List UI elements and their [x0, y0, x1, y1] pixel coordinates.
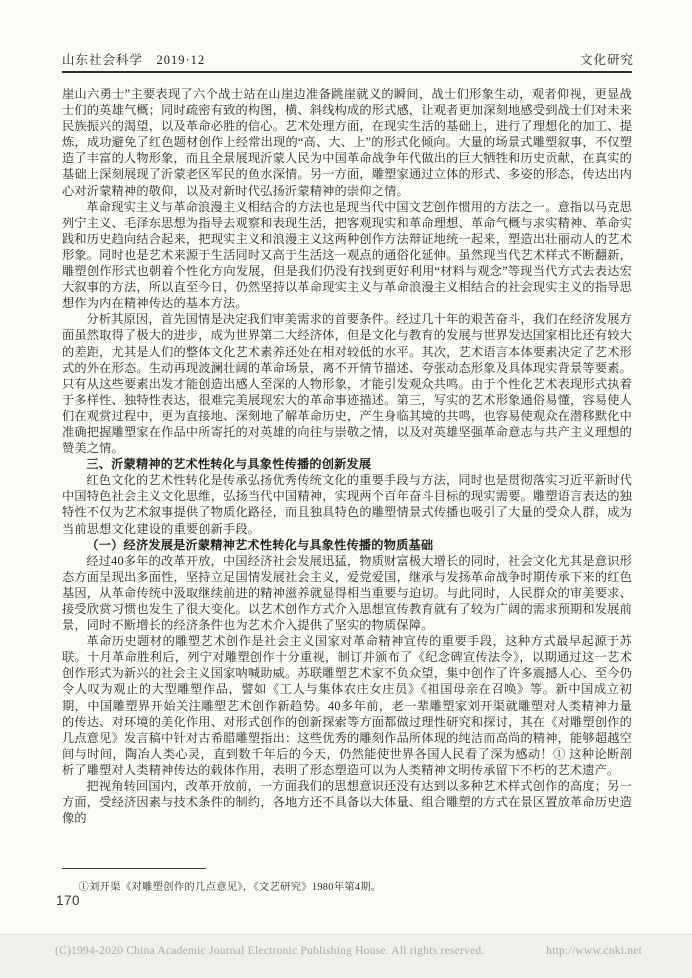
- journal-page: 山东社会科学 2019·12 文化研究 崖山六勇士”主要表现了六个战士站在山崖边…: [0, 0, 692, 978]
- paragraph: 革命历史题材的雕塑艺术创作是社会主义国家对革命精神宣传的重要手段，这种方式最早起…: [62, 633, 632, 778]
- footnote-divider: [62, 868, 206, 869]
- paragraph: 崖山六勇士”主要表现了六个战士站在山崖边准备跳崖就义的瞬间，战士们形象生动，观者…: [62, 86, 632, 199]
- cnki-url: http://www.cnki.net: [546, 944, 642, 957]
- copyright-row: (C)1994-2020 China Academic Journal Elec…: [55, 944, 642, 957]
- paragraph: 革命现实主义与革命浪漫主义相结合的方法也是现当代中国文艺创作惯用的方法之一。意指…: [62, 199, 632, 312]
- footer-strip: (C)1994-2020 China Academic Journal Elec…: [0, 934, 692, 978]
- journal-title: 山东社会科学 2019·12: [62, 50, 205, 68]
- article-body: 崖山六勇士”主要表现了六个战士站在山崖边准备跳崖就义的瞬间，战士们形象生动，观者…: [62, 86, 632, 826]
- copyright-text: (C)1994-2020 China Academic Journal Elec…: [55, 944, 484, 957]
- footnote: ①刘开渠《对雕塑创作的几点意见》，《文艺研究》1980年第4期。: [62, 878, 622, 893]
- section-title: 文化研究: [580, 50, 634, 68]
- paragraph: 把视角转回国内，改革开放前，一方面我们的思想意识还没有达到以多种艺术样式创作的高…: [62, 778, 632, 826]
- page-number: 170: [56, 893, 80, 908]
- paragraph: 分析其原因，首先国情是决定我们审美需求的首要条件。经过几十年的艰苦奋斗，我们在经…: [62, 311, 632, 456]
- paragraph: 经过40多年的改革开放，中国经济社会发展迅猛，物质财富极大增长的同时，社会文化尤…: [62, 553, 632, 633]
- section-heading: 三、沂蒙精神的艺术性转化与具象性传播的创新发展: [62, 456, 632, 472]
- subsection-heading: （一）经济发展是沂蒙精神艺术性转化与具象性传播的物质基础: [62, 537, 632, 553]
- page-header: 山东社会科学 2019·12 文化研究: [62, 50, 634, 68]
- header-divider: [62, 71, 632, 73]
- paragraph: 红色文化的艺术性转化是传承弘扬优秀传统文化的重要手段与方法，同时也是贯彻落实习近…: [62, 472, 632, 536]
